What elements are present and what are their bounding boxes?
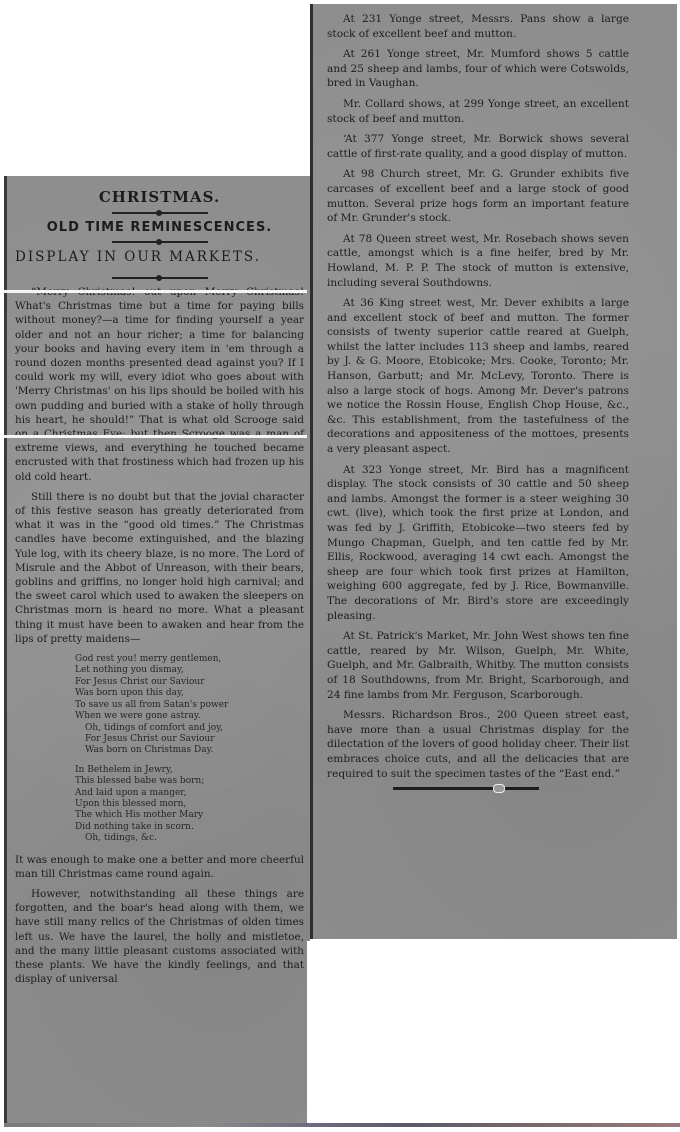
section-heading: DISPLAY IN OUR MARKETS. — [15, 249, 304, 265]
poem-stanza: In Bethelem in Jewry, This blessed babe … — [75, 765, 304, 845]
poem-line: When we were gone astray. — [75, 711, 304, 722]
poem-line: Upon this blessed morn, — [75, 799, 304, 810]
left-column: CHRISTMAS. OLD TIME REMINESCENCES. DISPL… — [4, 176, 310, 1126]
scan-bottom-edge — [4, 1123, 680, 1127]
poem-line: For Jesus Christ our Saviour — [75, 677, 304, 688]
paragraph: At St. Patrick's Market, Mr. John West s… — [327, 629, 629, 702]
ornamental-rule — [112, 212, 208, 214]
paragraph: At 78 Queen street west, Mr. Rosebach sh… — [327, 232, 629, 290]
poem-line: Was born on Christmas Day. — [75, 745, 304, 756]
paragraph: “Merry Christmas! out upon Merry Christm… — [15, 285, 304, 484]
ornamental-rule — [112, 277, 208, 279]
paragraph: At 98 Church street, Mr. G. Grunder exhi… — [327, 167, 629, 225]
poem-line: For Jesus Christ our Saviour — [75, 734, 304, 745]
ornamental-rule — [112, 241, 208, 243]
poem-stanza: God rest you! merry gentlemen, Let nothi… — [75, 654, 304, 757]
paragraph: ‘At 377 Yonge street, Mr. Borwick shows … — [327, 132, 629, 161]
poem-line: In Bethelem in Jewry, — [75, 765, 304, 776]
paragraph: At 36 King street west, Mr. Dever exhibi… — [327, 296, 629, 457]
blank-region-bottom-right — [307, 941, 677, 1123]
newspaper-clipping: CHRISTMAS. OLD TIME REMINESCENCES. DISPL… — [0, 0, 680, 1132]
poem-line: To save us all from Satan's power — [75, 700, 304, 711]
poem-line: And laid upon a manger, — [75, 788, 304, 799]
end-of-article-rule — [393, 787, 539, 790]
paragraph: At 231 Yonge street, Messrs. Pans show a… — [327, 12, 629, 41]
article-heading: CHRISTMAS. OLD TIME REMINESCENCES. DISPL… — [15, 188, 304, 279]
scan-artifact-line — [4, 435, 307, 438]
poem-line: Did nothing take in scorn. — [75, 822, 304, 833]
paragraph: Still there is no doubt but that the jov… — [15, 490, 304, 646]
paragraph: At 261 Yonge street, Mr. Mumford shows 5… — [327, 47, 629, 91]
paragraph: However, notwithstanding all these thing… — [15, 887, 304, 986]
headline: CHRISTMAS. — [15, 188, 304, 206]
scan-artifact-line — [4, 290, 307, 293]
carol-poem: God rest you! merry gentlemen, Let nothi… — [75, 654, 304, 845]
paragraph: At 323 Yonge street, Mr. Bird has a magn… — [327, 463, 629, 624]
poem-line: Let nothing you dismay, — [75, 665, 304, 676]
subheadline: OLD TIME REMINESCENCES. — [15, 220, 304, 235]
paragraph: Mr. Collard shows, at 299 Yonge street, … — [327, 97, 629, 126]
poem-line: Oh, tidings of comfort and joy, — [75, 723, 304, 734]
paragraph: It was enough to make one a better and m… — [15, 853, 304, 881]
poem-line: This blessed babe was born; — [75, 776, 304, 787]
right-column: At 231 Yonge street, Messrs. Pans show a… — [310, 4, 677, 939]
paragraph: Messrs. Richardson Bros., 200 Queen stre… — [327, 708, 629, 781]
poem-line: Oh, tidings, &c. — [75, 833, 304, 844]
poem-line: Was born upon this day, — [75, 688, 304, 699]
poem-line: The which His mother Mary — [75, 810, 304, 821]
blank-region-top-left — [6, 4, 306, 174]
poem-line: God rest you! merry gentlemen, — [75, 654, 304, 665]
